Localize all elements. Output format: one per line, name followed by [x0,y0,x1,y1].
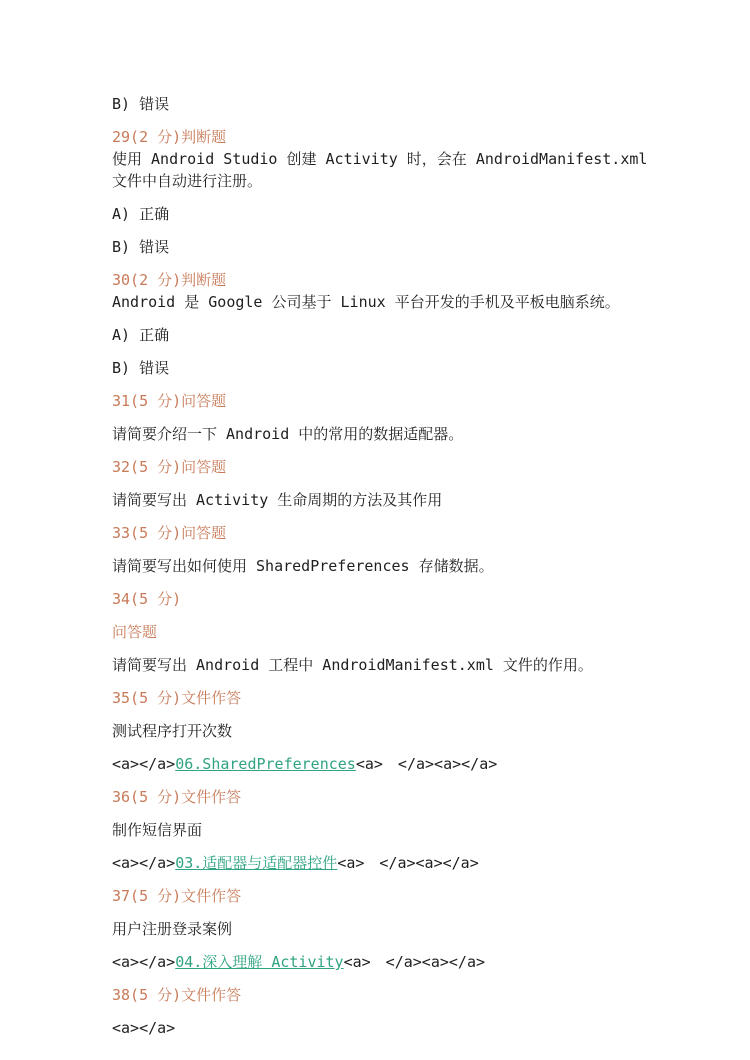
attachment-link[interactable]: 04.深入理解 Activity [175,953,343,971]
document-page: B) 错误 29(2 分)判断题使用 Android Studio 创建 Act… [0,0,750,1060]
anchor-literal-suffix: <a> </a><a></a> [344,953,485,971]
question-32-heading: 32(5 分)问答题 [112,456,660,478]
question-33-text: 请简要写出如何使用 SharedPreferences 存储数据。 [112,555,660,577]
question-32-text: 请简要写出 Activity 生命周期的方法及其作用 [112,489,660,511]
question-30-option-a: A) 正确 [112,324,660,346]
question-34-heading-points: 34(5 分) [112,588,660,610]
question-35-heading: 35(5 分)文件作答 [112,687,660,709]
question-37-text: 用户注册登录案例 [112,918,660,940]
question-36-attachment-line: <a></a>03.适配器与适配器控件<a> </a><a></a> [112,852,660,874]
question-36-heading: 36(5 分)文件作答 [112,786,660,808]
question-30: 30(2 分)判断题Android 是 Google 公司基于 Linux 平台… [112,269,660,313]
anchor-literal-prefix: <a></a> [112,854,175,872]
question-33-heading: 33(5 分)问答题 [112,522,660,544]
question-28-option-b: B) 错误 [112,93,660,115]
question-29-text: 使用 Android Studio 创建 Activity 时，会在 Andro… [112,148,660,192]
question-34-heading-type: 问答题 [112,621,660,643]
anchor-literal-prefix: <a></a> [112,755,175,773]
anchor-literal-prefix: <a></a> [112,953,175,971]
question-30-heading: 30(2 分)判断题 [112,269,660,291]
question-31-heading: 31(5 分)问答题 [112,390,660,412]
question-34-text: 请简要写出 Android 工程中 AndroidManifest.xml 文件… [112,654,660,676]
question-38-heading: 38(5 分)文件作答 [112,984,660,1006]
question-37-heading: 37(5 分)文件作答 [112,885,660,907]
anchor-literal-suffix: <a> </a><a></a> [356,755,497,773]
question-30-option-b: B) 错误 [112,357,660,379]
question-35-text: 测试程序打开次数 [112,720,660,742]
question-31-text: 请简要介绍一下 Android 中的常用的数据适配器。 [112,423,660,445]
question-37-attachment-line: <a></a>04.深入理解 Activity<a> </a><a></a> [112,951,660,973]
question-29: 29(2 分)判断题使用 Android Studio 创建 Activity … [112,126,660,192]
question-29-option-b: B) 错误 [112,236,660,258]
question-38-empty-anchor: <a></a> [112,1017,660,1039]
question-29-option-a: A) 正确 [112,203,660,225]
question-36-text: 制作短信界面 [112,819,660,841]
question-29-heading: 29(2 分)判断题 [112,126,660,148]
attachment-link[interactable]: 03.适配器与适配器控件 [175,854,337,872]
question-30-text: Android 是 Google 公司基于 Linux 平台开发的手机及平板电脑… [112,291,660,313]
anchor-literal-suffix: <a> </a><a></a> [337,854,478,872]
question-35-attachment-line: <a></a>06.SharedPreferences<a> </a><a></… [112,753,660,775]
attachment-link[interactable]: 06.SharedPreferences [175,755,356,773]
